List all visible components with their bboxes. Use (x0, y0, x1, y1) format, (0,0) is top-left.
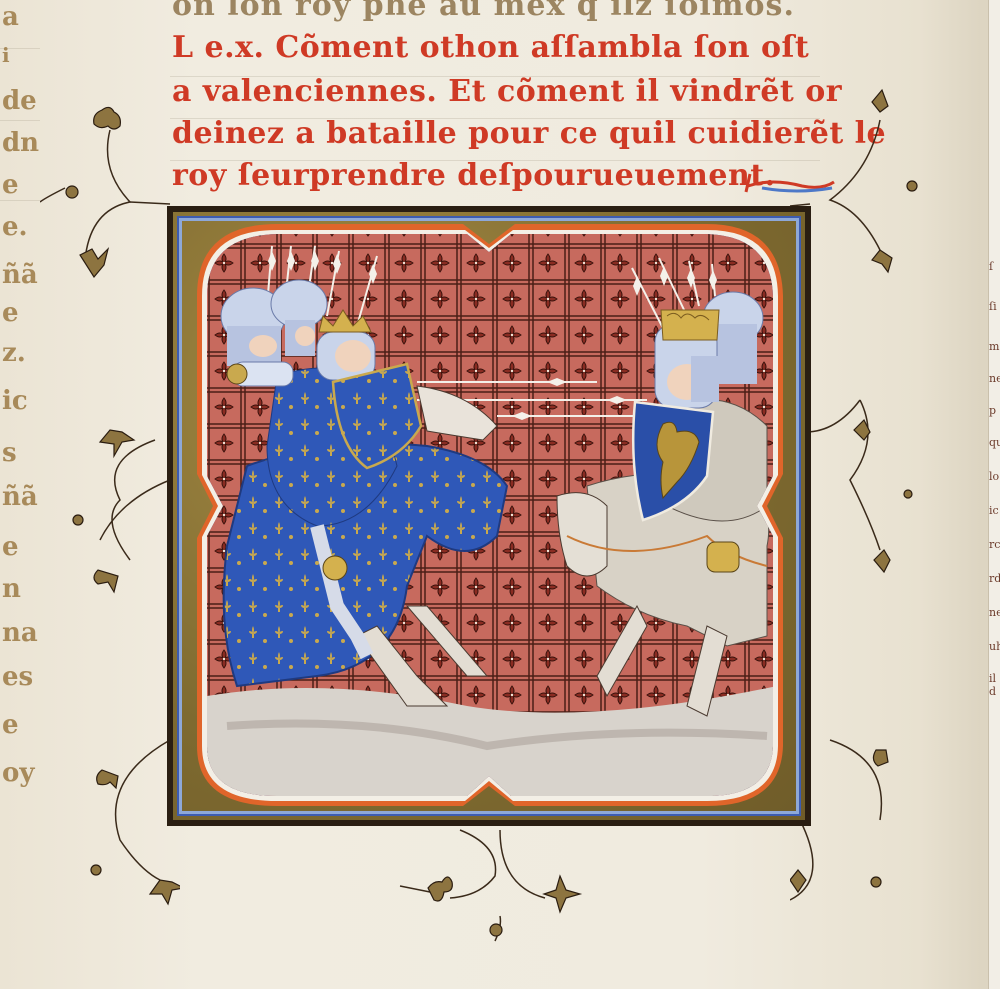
rubric-line-4: roy ſeurprendre deſpourueuement. (172, 158, 776, 193)
margin-glyph: e. (2, 214, 28, 240)
berry-icon (91, 865, 101, 875)
trefoil-leaf-icon (874, 550, 890, 572)
trefoil-leaf-icon (872, 90, 888, 112)
margin-glyph: es (2, 664, 33, 690)
berry-icon (490, 924, 502, 936)
rubric-line-3: deinez a bataille pour ce quil cuidierẽt… (172, 116, 886, 151)
leaf-fragment: ne (989, 606, 1000, 619)
trefoil-leaf-icon (80, 249, 108, 277)
leaf-fragment: rc (989, 538, 1000, 551)
berry-icon (73, 515, 83, 525)
left-column-fragments: a i de dn e e. ñã e z. ic s ñã e n na es… (0, 0, 44, 989)
bottom-border-vine (380, 826, 610, 956)
leaf-fragment: p (989, 404, 996, 417)
leaf-fragment: ic (989, 504, 999, 517)
margin-glyph: de (2, 88, 37, 114)
trefoil-leaf-icon (97, 770, 118, 788)
trefoil-leaf-icon (790, 870, 806, 892)
trefoil-leaf-icon (872, 250, 892, 272)
manuscript-page: a i de dn e e. ñã e z. ic s ñã e n na es… (0, 0, 1000, 989)
trefoil-leaf-icon (94, 107, 121, 129)
trefoil-leaf-icon (100, 430, 134, 456)
margin-glyph: na (2, 620, 38, 646)
margin-glyph: e (2, 172, 19, 198)
margin-glyph: ñã (2, 484, 38, 510)
left-knights-helmets (221, 280, 327, 366)
margin-glyph: dn (2, 130, 39, 156)
leaf-fragment: ſi (989, 300, 997, 313)
miniature-scene (167, 206, 811, 826)
leaf-fragment: il d (989, 672, 1000, 698)
rubric-line-2: a valenciennes. Et cõment il vindrẽt or (172, 74, 842, 109)
leaf-fragment: lo (989, 470, 999, 483)
miniature-frame (167, 206, 811, 826)
berry-icon (871, 877, 881, 887)
berry-icon (904, 490, 912, 498)
margin-glyph: oy (2, 760, 34, 786)
margin-glyph: ñã (2, 262, 38, 288)
margin-glyph: e (2, 300, 19, 326)
margin-glyph: ic (2, 388, 28, 414)
body-text-line: on lon roy phe au mex q̃ ilz ſoimos. (172, 0, 795, 23)
margin-glyph: z. (2, 340, 26, 366)
left-border-vine (40, 80, 180, 950)
leaf-fragment: ſ (989, 260, 993, 273)
margin-glyph: e (2, 712, 19, 738)
margin-glyph: a (2, 4, 19, 30)
margin-glyph: s (2, 440, 17, 466)
leaf-fragment: qu (989, 436, 1000, 449)
berry-icon (66, 186, 78, 198)
margin-glyph: n (2, 576, 21, 602)
trefoil-leaf-icon (428, 877, 452, 901)
trefoil-leaf-icon (873, 750, 888, 766)
leaf-fragment: uh (989, 640, 1000, 653)
margin-glyph: i (2, 45, 10, 65)
quatrefoil-leaf-icon (544, 876, 580, 912)
leaf-fragment: rd (989, 572, 1000, 585)
leaf-fragment: ne (989, 372, 1000, 385)
trefoil-leaf-icon (150, 880, 180, 904)
adjacent-leaf-edge: ſ ſi m ne p qu lo ic rc rd ne uh il d (988, 0, 1000, 989)
berry-icon (907, 181, 917, 191)
rubric-line-1: L e.x. Cõment othon aſſambla ſon oſt (172, 30, 809, 65)
margin-glyph: e (2, 534, 19, 560)
trefoil-leaf-icon (94, 570, 118, 592)
leaf-fragment: m (989, 340, 999, 353)
right-border-vine (790, 80, 950, 950)
